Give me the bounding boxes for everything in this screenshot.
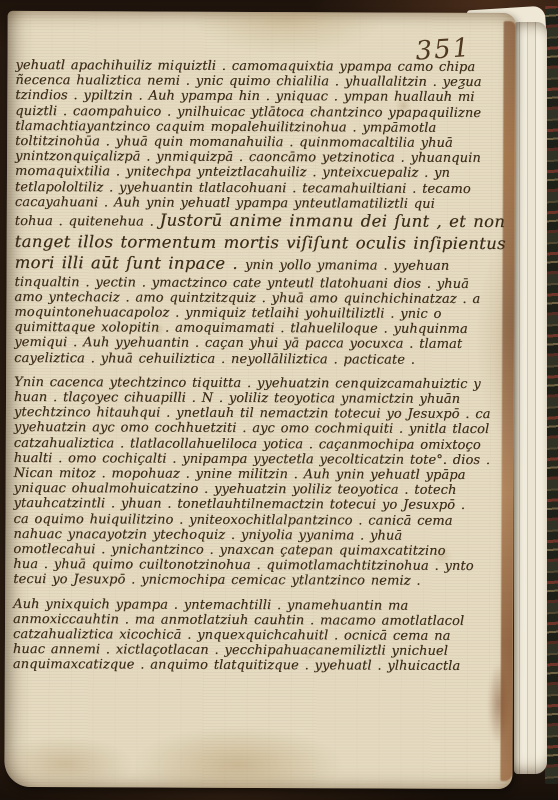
text-block: yehuatl apachihuiliz miquiztli . camomaq…	[13, 58, 502, 675]
nahuatl-text: ynin yollo ymanima . yyehuan	[245, 258, 449, 274]
nahuatl-text: hualti . omo cochiçalti . ynipampa yyect…	[14, 451, 490, 468]
latin-quote: tanget illos tormentum mortis viſiſunt o…	[15, 231, 506, 252]
manuscript-line: mori illi aūt ſunt inpace . ynin yollo y…	[15, 253, 501, 277]
nahuatl-text: toltitzinohūa . yhuā quin momanahuilia .…	[15, 134, 453, 151]
nahuatl-text: Ynin cacenca ytechtzinco tiquitta . yyeh…	[14, 375, 481, 392]
nahuatl-text: tecui yo Jesuxpō . ynicmochipa cemicac y…	[13, 572, 420, 589]
nahuatl-text: hua . yhuā quimo cuiltonotzinohua . quim…	[13, 557, 473, 574]
nahuatl-text: catzahualiztica xicochicā . ynquexquichc…	[13, 627, 451, 644]
latin-quote: Justorū anime inmanu dei ſunt , et non	[160, 211, 506, 232]
nahuatl-text: anmoxiccauhtin . ma anmotlatziuh cauhtin…	[13, 612, 464, 629]
nahuatl-text: yyehuatzin ayc omo cochhuetziti . ayc om…	[14, 420, 489, 437]
manuscript-photo: 351 yehuatl apachihuiliz miquiztli . cam…	[0, 0, 558, 800]
manuscript-line: tecui yo Jesuxpō . ynicmochipa cemicac y…	[13, 572, 499, 589]
nahuatl-text: moquintonehuacapoloz . ynmiquiz tetlaihi…	[14, 305, 441, 322]
nahuatl-text: tohua . quitenehua .	[15, 214, 160, 230]
nahuatl-text: omotlecahui . ynichantzinco . ynaxcan ça…	[13, 542, 445, 559]
nahuatl-text: catzahualiztica . tlatlacollahueliloca y…	[14, 435, 481, 452]
nahuatl-text: tetlapololtiliz . yyehuantin tlatlacohua…	[15, 180, 471, 197]
nahuatl-text: ñecenca hualiztica nemi . ynic quimo chi…	[15, 73, 481, 90]
latin-quote: mori illi aūt ſunt inpace .	[15, 253, 245, 273]
manuscript-line: tohua . quitenehua . Justorū anime inman…	[15, 210, 501, 234]
nahuatl-text: yemiqui . Auh yyehuantin . caçan yhui yā…	[14, 335, 462, 352]
nahuatl-text: ynintzonquiçalizpā . ynmiquizpā . caoncā…	[15, 149, 481, 166]
nahuatl-text: quimittaque xolopitin . amoquimamati . t…	[14, 320, 468, 337]
nahuatl-text: tzindios . ypiltzin . Auh ypampa hin . y…	[15, 88, 474, 105]
nahuatl-text: huan . tlaçoyec cihuapilli . N . yoliliz…	[14, 390, 460, 407]
page-edge-stack	[514, 22, 547, 774]
nahuatl-text: huac annemi . xictlaçotlacan . yecchipah…	[13, 642, 448, 659]
nahuatl-text: ca oquimo huiquilitzino . yniteoxochitla…	[13, 512, 452, 529]
nahuatl-text: tinqualtin . yectin . ymactzinco cate yn…	[14, 274, 469, 291]
nahuatl-text: nahuac ynacayotzin ytechoquiz . yniyolia…	[13, 527, 402, 544]
manuscript-line: anquimaxcatizque . anquimo tlatquitizque…	[13, 657, 499, 674]
paragraph: Ynin cacenca ytechtzinco tiquitta . yyeh…	[13, 375, 500, 590]
nahuatl-text: tlamachtiayantzinco caquim mopalehuilitz…	[15, 119, 436, 136]
nahuatl-text: anquimaxcatizque . anquimo tlatquitizque…	[13, 657, 460, 674]
nahuatl-text: yniquac ohualmohuicatzino . yyehuatzin y…	[14, 481, 457, 498]
paragraph: yehuatl apachihuiliz miquiztli . camomaq…	[14, 58, 501, 368]
nahuatl-text: ytauhcatzintli . yhuan . tonetlauhtilnem…	[14, 496, 466, 513]
nahuatl-text: ytechtzinco hitauhqui . ynetlauh til nem…	[14, 405, 491, 422]
nahuatl-text: cayeliztica . yhuā cehuiliztica . neyoll…	[14, 350, 415, 367]
nahuatl-text: Nican mitoz . mopohuaz . ynine militzin …	[14, 466, 466, 483]
nahuatl-text: momaquixtilia . ynitechpa ynteiztlacahui…	[15, 164, 450, 181]
nahuatl-text: amo yntechaciz . amo quintzitzquiz . yhu…	[14, 290, 480, 307]
nahuatl-text: cacayahuani . Auh ynin yehuatl ypampa yn…	[15, 195, 435, 212]
manuscript-line: cayeliztica . yhuā cehuiliztica . neyoll…	[14, 350, 500, 367]
manuscript-line: tanget illos tormentum mortis viſiſunt o…	[15, 231, 501, 255]
nahuatl-text: Auh ynixquich ypampa . yntemachtilli . y…	[13, 597, 408, 614]
manuscript-page: 351 yehuatl apachihuiliz miquiztli . cam…	[4, 11, 515, 789]
nahuatl-text: quiztli . caompahuico . ynilhuicac ytlāt…	[15, 104, 481, 121]
paragraph: Auh ynixquich ypampa . yntemachtilli . y…	[13, 597, 499, 675]
nahuatl-text: yehuatl apachihuiliz miquiztli . camomaq…	[15, 58, 475, 75]
